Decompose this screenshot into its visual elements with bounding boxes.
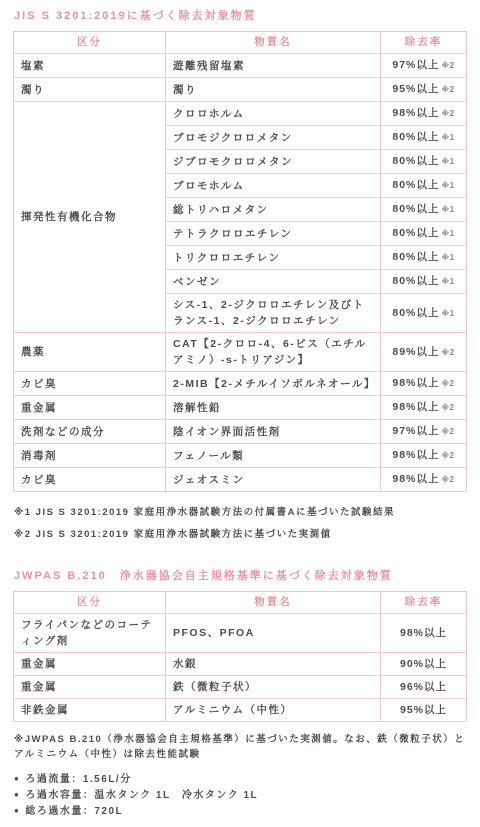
rate-cell: 95%以上※2	[381, 78, 467, 102]
column-header-category: 区分	[14, 592, 166, 614]
jwpas-footnote: ※JWPAS B.210（浄水器協会自主規格基準）に基づいた実測値。なお、鉄（微…	[14, 732, 467, 762]
column-header-substance: 物質名	[166, 592, 381, 614]
substance-cell: 鉄（微粒子状）	[166, 676, 381, 699]
table-row: 重金属水銀90%以上	[14, 653, 467, 676]
jis-table-header: 区分 物質名 除去率	[14, 32, 467, 54]
rate-value: 96%以上	[400, 681, 447, 693]
spec-item-text: ろ過流量：1.56L/分	[25, 774, 131, 785]
substance-cell: PFOS、PFOA	[166, 614, 381, 653]
rate-cell: 98%以上※2	[381, 444, 467, 468]
category-cell: 農薬	[14, 333, 166, 372]
rate-cell: 98%以上※2	[381, 102, 467, 126]
substance-cell: アルミニウム（中性）	[166, 699, 381, 722]
rate-cell: 80%以上※1	[381, 174, 467, 198]
rate-cell: 98%以上※2	[381, 372, 467, 396]
table-row: 揮発性有機化合物クロロホルム98%以上※2	[14, 102, 467, 126]
spec-item-text: ろ過水容量：温水タンク 1L 冷水タンク 1L	[25, 790, 258, 801]
jwpas-table-header: 区分 物質名 除去率	[14, 592, 467, 614]
rate-value: 80%以上	[392, 251, 439, 263]
category-cell: 塩素	[14, 54, 166, 78]
table-row: 農薬CAT【2-クロロ-4、6-ビス（エチルアミノ）-s-トリアジン】89%以上…	[14, 333, 467, 372]
substance-cell: 遊離残留塩素	[166, 54, 381, 78]
table-row: 消毒剤フェノール類98%以上※2	[14, 444, 467, 468]
jis-section-title: JIS S 3201:2019に基づく除去対象物質	[14, 9, 467, 23]
substance-cell: ジェオスミン	[166, 468, 381, 492]
rate-note-ref: ※2	[441, 109, 454, 118]
jis-removal-table: 区分 物質名 除去率 塩素遊離残留塩素97%以上※2濁り濁り95%以上※2揮発性…	[13, 31, 467, 492]
jis-footnote-2: ※2 JIS S 3201:2019 家庭用浄水器試験方法に基づいた実測値	[14, 527, 467, 543]
rate-cell: 80%以上※1	[381, 150, 467, 174]
table-row: フライパンなどのコーティング剤PFOS、PFOA98%以上	[14, 614, 467, 653]
rate-value: 98%以上	[392, 377, 439, 389]
category-cell: 重金属	[14, 396, 166, 420]
category-cell: 消毒剤	[14, 444, 166, 468]
rate-value: 89%以上	[392, 346, 439, 358]
substance-cell: トリクロロエチレン	[166, 246, 381, 270]
category-cell: 重金属	[14, 653, 166, 676]
substance-cell: ベンゼン	[166, 270, 381, 294]
rate-cell: 97%以上※2	[381, 54, 467, 78]
substance-cell: 2-MIB【2-メチルイソボルネオール】	[166, 372, 381, 396]
rate-note-ref: ※2	[441, 427, 454, 436]
table-row: カビ臭ジェオスミン98%以上※2	[14, 468, 467, 492]
substance-cell: 総トリハロメタン	[166, 198, 381, 222]
table-row: 重金属鉄（微粒子状）96%以上	[14, 676, 467, 699]
rate-note-ref: ※1	[441, 181, 454, 190]
header-row: 区分 物質名 除去率	[14, 32, 467, 54]
rate-value: 97%以上	[392, 59, 439, 71]
rate-cell: 98%以上※2	[381, 396, 467, 420]
rate-value: 95%以上	[400, 704, 447, 716]
spec-list-item: ●総ろ過水量：720L	[14, 803, 467, 819]
rate-note-ref: ※2	[441, 379, 454, 388]
rate-value: 80%以上	[392, 131, 439, 143]
table-row: 洗剤などの成分陰イオン界面活性剤97%以上※2	[14, 420, 467, 444]
rate-value: 90%以上	[400, 658, 447, 670]
spec-item-text: 総ろ過水量：720L	[25, 806, 123, 817]
rate-note-ref: ※1	[441, 309, 454, 318]
jwpas-section-title: JWPAS B.210 浄水器協会自主規格基準に基づく除去対象物質	[14, 569, 467, 583]
spec-list-item: ●ろ過水容量：温水タンク 1L 冷水タンク 1L	[14, 787, 467, 803]
spec-list-item: ●ろ過流量：1.56L/分	[14, 771, 467, 787]
bullet-icon: ●	[14, 790, 20, 799]
substance-cell: 陰イオン界面活性剤	[166, 420, 381, 444]
rate-note-ref: ※2	[441, 348, 454, 357]
rate-note-ref: ※2	[441, 403, 454, 412]
rate-value: 98%以上	[392, 473, 439, 485]
substance-cell: クロロホルム	[166, 102, 381, 126]
table-row: カビ臭2-MIB【2-メチルイソボルネオール】98%以上※2	[14, 372, 467, 396]
substance-cell: シス-1、2-ジクロロエチレン及びトランス-1、2-ジクロロエチレン	[166, 294, 381, 333]
rate-cell: 98%以上※2	[381, 468, 467, 492]
rate-cell: 90%以上	[381, 653, 467, 676]
rate-cell: 80%以上※1	[381, 246, 467, 270]
column-header-rate: 除去率	[381, 32, 467, 54]
table-row: 重金属溶解性鉛98%以上※2	[14, 396, 467, 420]
rate-cell: 80%以上※1	[381, 198, 467, 222]
table-row: 塩素遊離残留塩素97%以上※2	[14, 54, 467, 78]
rate-value: 98%以上	[392, 449, 439, 461]
category-cell: カビ臭	[14, 372, 166, 396]
substance-cell: ブロモホルム	[166, 174, 381, 198]
rate-value: 80%以上	[392, 179, 439, 191]
rate-note-ref: ※1	[441, 253, 454, 262]
jis-section: JIS S 3201:2019に基づく除去対象物質 区分 物質名 除去率 塩素遊…	[13, 9, 467, 543]
rate-value: 98%以上	[392, 401, 439, 413]
rate-cell: 95%以上	[381, 699, 467, 722]
category-cell: 重金属	[14, 676, 166, 699]
rate-note-ref: ※2	[441, 85, 454, 94]
rate-cell: 97%以上※2	[381, 420, 467, 444]
column-header-rate: 除去率	[381, 592, 467, 614]
rate-value: 80%以上	[392, 307, 439, 319]
rate-cell: 80%以上※1	[381, 294, 467, 333]
rate-cell: 89%以上※2	[381, 333, 467, 372]
rate-value: 80%以上	[392, 275, 439, 287]
rate-cell: 98%以上	[381, 614, 467, 653]
substance-cell: 溶解性鉛	[166, 396, 381, 420]
rate-note-ref: ※2	[441, 475, 454, 484]
substance-cell: ブロモジクロロメタン	[166, 126, 381, 150]
rate-note-ref: ※1	[441, 229, 454, 238]
rate-note-ref: ※2	[441, 451, 454, 460]
rate-value: 98%以上	[400, 627, 447, 639]
category-cell: 非鉄金属	[14, 699, 166, 722]
rate-note-ref: ※1	[441, 133, 454, 142]
spec-page: JIS S 3201:2019に基づく除去対象物質 区分 物質名 除去率 塩素遊…	[0, 0, 480, 827]
rate-cell: 96%以上	[381, 676, 467, 699]
bullet-icon: ●	[14, 806, 20, 815]
rate-note-ref: ※1	[441, 157, 454, 166]
jwpas-section: JWPAS B.210 浄水器協会自主規格基準に基づく除去対象物質 区分 物質名…	[13, 569, 467, 762]
column-header-substance: 物質名	[166, 32, 381, 54]
substance-cell: 水銀	[166, 653, 381, 676]
rate-note-ref: ※2	[441, 61, 454, 70]
category-cell: カビ臭	[14, 468, 166, 492]
rate-value: 95%以上	[392, 83, 439, 95]
category-cell: 揮発性有機化合物	[14, 102, 166, 333]
substance-cell: フェノール類	[166, 444, 381, 468]
rate-cell: 80%以上※1	[381, 126, 467, 150]
rate-note-ref: ※1	[441, 277, 454, 286]
filter-specs-list: ●ろ過流量：1.56L/分●ろ過水容量：温水タンク 1L 冷水タンク 1L●総ろ…	[14, 771, 467, 819]
jwpas-removal-table: 区分 物質名 除去率 フライパンなどのコーティング剤PFOS、PFOA98%以上…	[13, 591, 467, 722]
category-cell: 洗剤などの成分	[14, 420, 166, 444]
rate-value: 97%以上	[392, 425, 439, 437]
rate-note-ref: ※1	[441, 205, 454, 214]
substance-cell: テトラクロロエチレン	[166, 222, 381, 246]
substance-cell: CAT【2-クロロ-4、6-ビス（エチルアミノ）-s-トリアジン】	[166, 333, 381, 372]
table-row: 濁り濁り95%以上※2	[14, 78, 467, 102]
substance-cell: ジブロモクロロメタン	[166, 150, 381, 174]
rate-cell: 80%以上※1	[381, 270, 467, 294]
rate-value: 80%以上	[392, 227, 439, 239]
column-header-category: 区分	[14, 32, 166, 54]
substance-cell: 濁り	[166, 78, 381, 102]
bullet-icon: ●	[14, 774, 20, 783]
rate-cell: 80%以上※1	[381, 222, 467, 246]
table-row: 非鉄金属アルミニウム（中性）95%以上	[14, 699, 467, 722]
jis-footnote-1: ※1 JIS S 3201:2019 家庭用浄水器試験方法の付属書Aに基づいた試…	[14, 505, 467, 521]
rate-value: 80%以上	[392, 155, 439, 167]
jis-table-body: 塩素遊離残留塩素97%以上※2濁り濁り95%以上※2揮発性有機化合物クロロホルム…	[14, 54, 467, 492]
jwpas-table-body: フライパンなどのコーティング剤PFOS、PFOA98%以上重金属水銀90%以上重…	[14, 614, 467, 722]
category-cell: 濁り	[14, 78, 166, 102]
category-cell: フライパンなどのコーティング剤	[14, 614, 166, 653]
header-row: 区分 物質名 除去率	[14, 592, 467, 614]
rate-value: 98%以上	[392, 107, 439, 119]
rate-value: 80%以上	[392, 203, 439, 215]
